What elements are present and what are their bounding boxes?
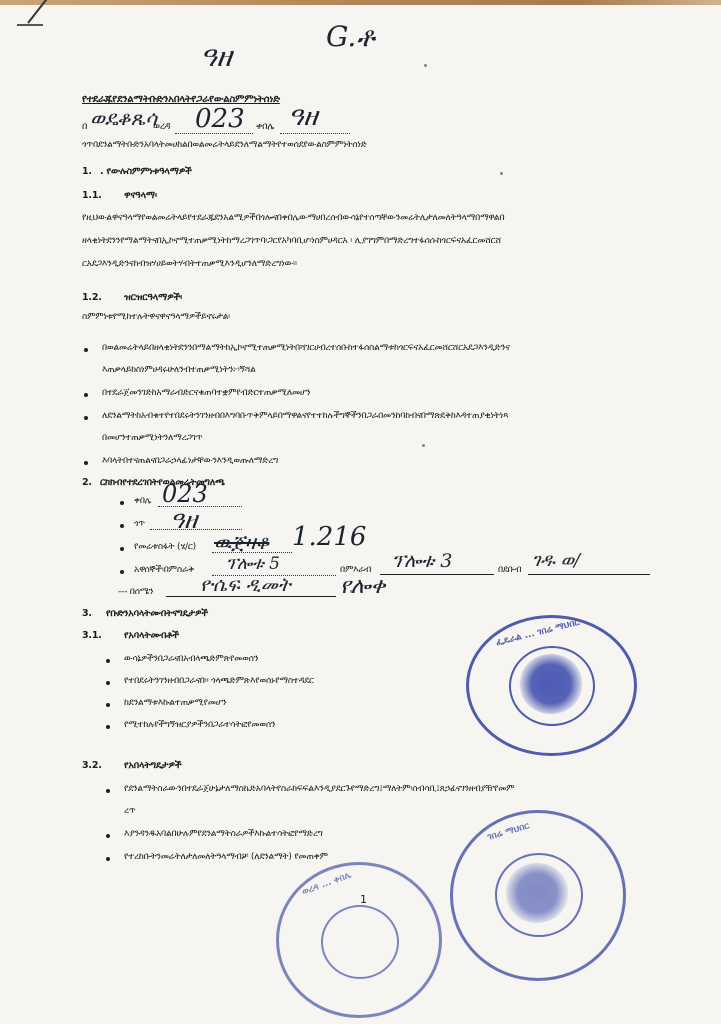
woreda-value: 023: [195, 104, 245, 134]
field-got-value: ዓዘ: [170, 506, 197, 534]
section-1-1-title: ዋናዓላማ፡: [124, 190, 157, 201]
bullet-icon: [84, 416, 88, 420]
speck: [424, 64, 427, 67]
bullet-icon: [120, 570, 124, 574]
field-south-line: [528, 574, 650, 575]
section-1-1-para-line: ርአደጋእንዲድንናከብዝሃሀይወትሃብትተጠቃሚእንዲሆንለማድረግነው።: [82, 259, 297, 269]
handwritten-mark-center: ዓዘ: [200, 40, 232, 74]
section-2-number: 2.: [82, 477, 92, 488]
field-south-value: ገዱ ወ/: [532, 550, 580, 571]
stamp-emblem: [519, 654, 583, 714]
field-north-value: ዮሴፍ ዲመት: [200, 574, 291, 596]
bullet-icon: [106, 703, 110, 707]
duty-item: የደንልማትስራውንበተደራጀሁኔታለማስኬድአባላትየስራክፍፍልእንዲያደር…: [124, 784, 514, 794]
field-kebele-label: ቀበሌ: [134, 496, 151, 506]
stamp-inner-ring: [321, 905, 399, 979]
duty-item: እያንዳንዱአባልበሁሉምየደንልማትስራዎችእኩልተሳትፎየማድረግ: [124, 829, 323, 839]
paper-top-edge: [0, 0, 721, 5]
duty-item-cont: ረጥ: [124, 806, 136, 816]
stamp-text: ፌዴራል ... ገበሬ ማህበር: [495, 618, 580, 648]
kebele-label: ቀበሌ: [256, 121, 274, 132]
field-west-value: ፕሎቱ 3: [392, 550, 452, 572]
field-south-label: በደቡብ: [498, 565, 521, 575]
bullet-icon: [120, 547, 124, 551]
document-title: የተደራጁየደንልማትቡድንአበላትየጋራየውልስምምነትሰነድ: [82, 94, 280, 105]
official-stamp-3: ገበሬ ማህበር: [450, 810, 626, 981]
field-north-line: [166, 596, 336, 597]
right-item: ከደንልማቱእኩልተጠቃሚየመሆን: [124, 698, 226, 708]
bullet-icon: [84, 461, 88, 465]
bullet-icon: [106, 659, 110, 663]
objective-item: ለደንልማትከአብቁተየተበደሩትንገንዘብበእግባቡጥቅምላይበማዋልናየተተ…: [102, 411, 508, 421]
section-1-number: 1.: [82, 166, 92, 177]
field-area-value: 1.216: [292, 522, 366, 552]
bullet-icon: [106, 725, 110, 729]
section-3-title: የቡድንአባላትመብትናግዴታዎች: [106, 608, 208, 619]
section-1-title: . የውሉስምምነቱዓላማዎች: [100, 166, 192, 177]
bullet-icon: [106, 857, 110, 861]
section-3-1-title: የአባላትመብቶች: [124, 630, 179, 641]
bullet-icon: [106, 681, 110, 685]
official-stamp-1: ፌዴራል ... ገበሬ ማህበር: [466, 615, 637, 756]
section-3-1-number: 3.1.: [82, 630, 102, 641]
right-item: የሚተከሉየችግኝዝርያዎችንበጋራተሳትፎየመወሰን: [124, 720, 275, 730]
official-stamp-2: ወረዳ ... ቀበሌ: [276, 862, 442, 1018]
right-item: ውሳኔዎችንበጋራናበአብላጫድምጽየመወሰን: [124, 654, 258, 664]
objective-item: እባላትበተናጠልናበጋራኃላፊነታቸውንእንዲወጡለማድረግ: [102, 456, 278, 466]
section-1-2-number: 1.2.: [82, 292, 102, 303]
section-1-2-intro: ስምምነቱየሚከተሉትዋናዋናዓላማዎችይኖሩታል፡: [82, 312, 230, 322]
bullet-icon: [84, 393, 88, 397]
field-east-value: ፕሎቱ 5: [226, 554, 280, 574]
objective-item: በወልመሬትላይበዘላቂነትደንንበማልማትከኢኮኖሚተጠቃሚነትበሻገርሀብረ…: [102, 343, 510, 353]
bullet-icon: [120, 524, 124, 528]
woreda-label: ወረዳ: [153, 121, 170, 132]
section-1-1-para-line: የዚህውልዋናዓላማየወልመሬትላይየተደራጁደንአልሚዎችበጎሎናበቀበሌውማ…: [82, 213, 504, 223]
speck: [500, 172, 503, 175]
section-3-2-number: 3.2.: [82, 760, 102, 771]
field-west-line: [380, 574, 494, 575]
bullet-icon: [120, 501, 124, 505]
field-got-label: ጎጥ: [134, 519, 145, 529]
objective-item-cont: በመሆንተጠቃሚነትንለማረጋገጥ: [102, 433, 202, 443]
stamp-emblem: [505, 863, 569, 923]
section-1-1-number: 1.1.: [82, 190, 102, 201]
speck: [422, 444, 425, 447]
section-1-1-para-line: ዘላቂነትደንንየማልማትናበኢኮኖሚተጠቃሚነትከማረጋገጥባ፡ጋርየአካባቢ…: [82, 236, 501, 246]
duty-item: የተረከቡትንመሬትለታለመለትዓላማብቻ (ለደንልማት) የመጠቀም: [124, 852, 328, 862]
bullet-icon: [106, 789, 110, 793]
field-north-extra: የሎቀ: [340, 574, 385, 599]
field-area-struck: ዉጀዛቆ: [214, 530, 269, 554]
section-3-2-title: የአበላትግዴታዎች: [124, 760, 181, 771]
field-kebele-value: 023: [162, 480, 208, 508]
field-north-label: --- በሰሜን: [118, 587, 153, 597]
stamp-text: ወረዳ ... ቀበሌ: [301, 870, 353, 897]
handwritten-dash: [17, 24, 43, 26]
section-3-number: 3.: [82, 608, 92, 619]
bullet-icon: [106, 834, 110, 838]
objective-item-cont: እጠቃላይከስነምሀዳሩሁለንብተጠቃሚነትን፦፡ኝሻል: [102, 365, 256, 375]
right-item: የተበደሩትንገንዘብበጋራናበ፡፡ ጎላጫድምጽእየወሰኑየማስተዳደር: [124, 676, 314, 686]
handwritten-mark-right: G.ቶ: [326, 20, 375, 54]
document-subtitle: ጎጥበደንልማትቡድንአባላትመሀከልበወልመሬትላይደንለማልማትየተወሰደየ…: [82, 140, 367, 150]
page-number: 1: [360, 893, 367, 906]
handwritten-place: ወዴቆጼሳ: [90, 106, 157, 130]
place-line-prefix: በ: [82, 121, 87, 132]
kebele-value: ዓዘ: [288, 102, 317, 133]
objective-item: በተደራጀመንገድከአማራብድርናቁጠባተቋምየብድርተጠቃሚለመሆን: [102, 388, 310, 398]
field-borders-label: አዋሰኞች፡በምስራቅ: [134, 565, 194, 575]
section-1-2-title: ዝርዝርዓላማዎች፡: [124, 292, 182, 303]
bullet-icon: [84, 348, 88, 352]
field-area-label: የመሬቱስፋት (ሄ/ር): [134, 542, 196, 552]
stamp-text: ገበሬ ማህበር: [486, 821, 530, 842]
